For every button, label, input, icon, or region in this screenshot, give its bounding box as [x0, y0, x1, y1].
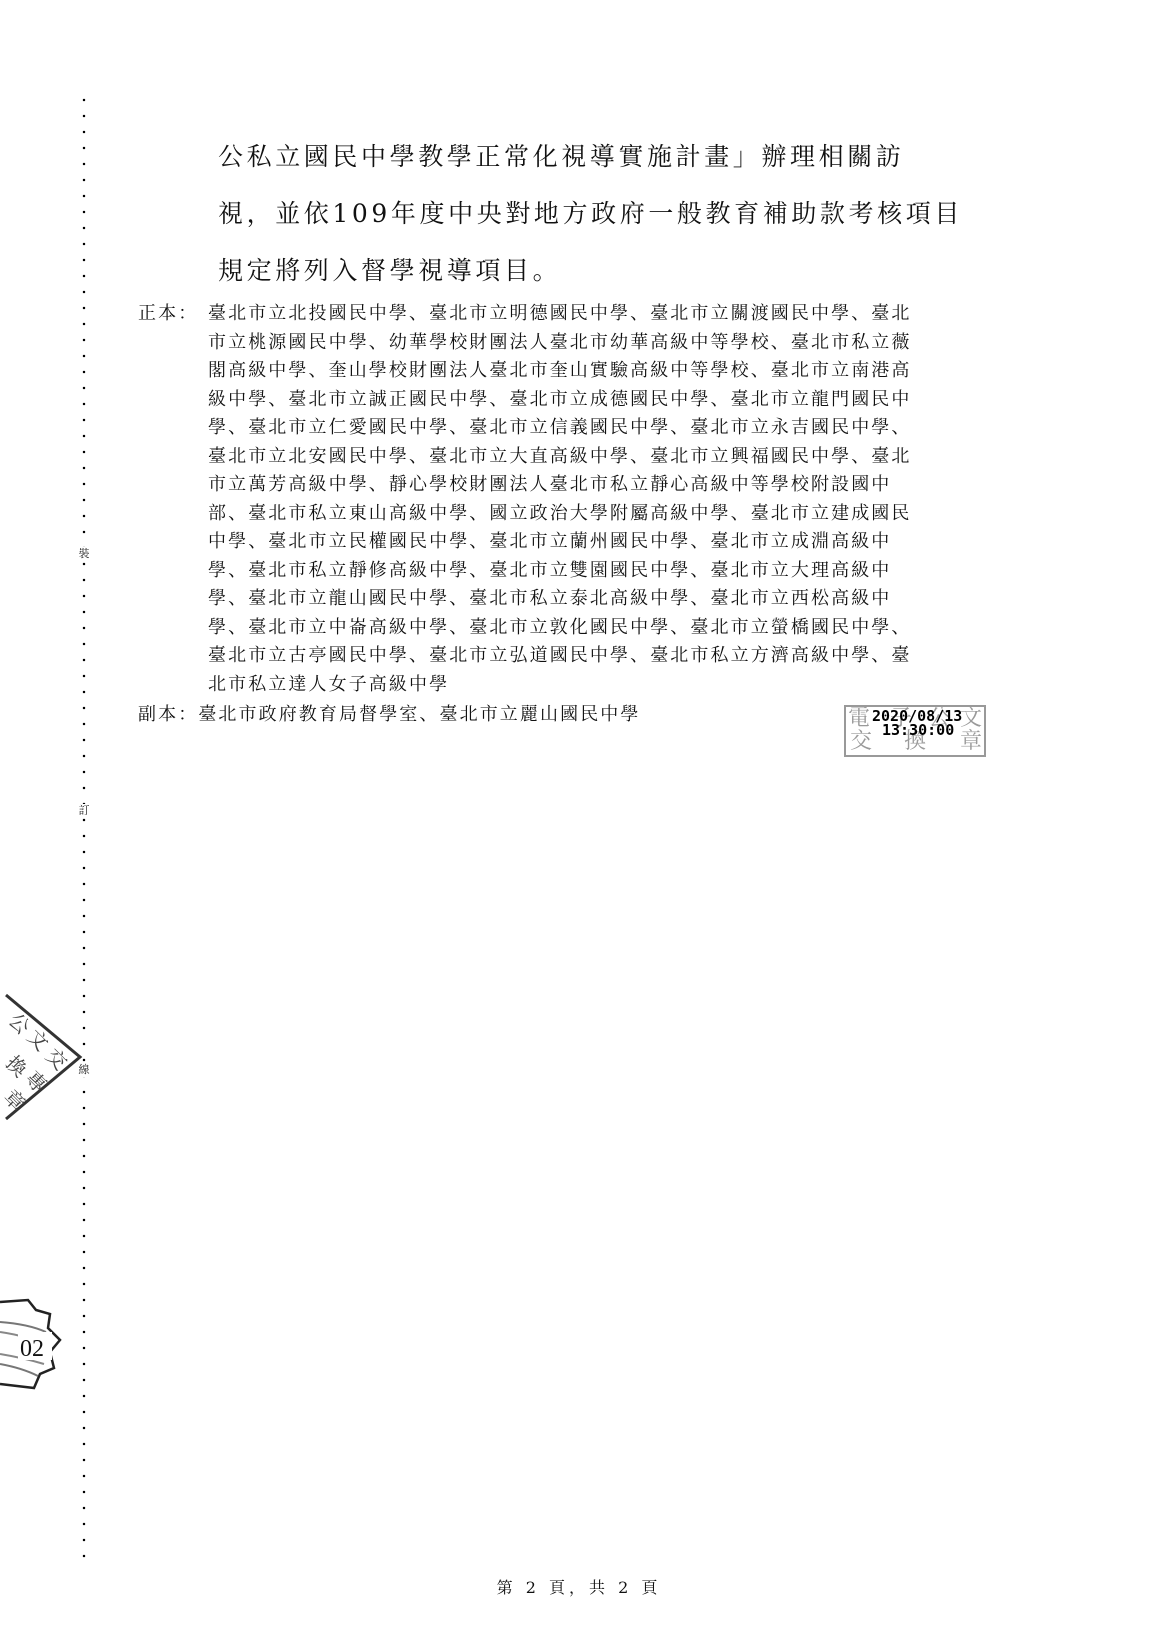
page-footer: 第 2 頁，共 2 頁	[0, 1575, 1158, 1598]
recipient-line: 北市私立達人女子高級中學	[208, 671, 1038, 700]
recipient-line: 中學、臺北市立民權國民中學、臺北市立蘭州國民中學、臺北市立成淵高級中	[208, 528, 1038, 557]
body-line: 規定將列入督學視導項目。	[218, 242, 1008, 299]
primary-recipients-list: 臺北市立北投國民中學、臺北市立明德國民中學、臺北市立關渡國民中學、臺北 市立桃源…	[208, 300, 1038, 699]
primary-recipients-label: 正本：	[138, 300, 198, 329]
body-line: 視，並依109年度中央對地方政府一般教育補助款考核項目	[218, 185, 1008, 242]
document-page: 裝 訂 線 公 文 交 換 專 章 02 公私立國民中學教學正常化視導實施計畫」…	[0, 0, 1158, 1649]
body-line: 公私立國民中學教學正常化視導實施計畫」辦理相關訪	[218, 128, 1008, 185]
body-paragraph: 公私立國民中學教學正常化視導實施計畫」辦理相關訪 視，並依109年度中央對地方政…	[218, 128, 1008, 299]
recipient-line: 學、臺北市立仁愛國民中學、臺北市立信義國民中學、臺北市立永吉國民中學、	[208, 414, 1038, 443]
document-exchange-seal-icon: 公 文 交 換 專 章	[0, 985, 88, 1120]
svg-text:02: 02	[20, 1336, 44, 1362]
recipient-line: 級中學、臺北市立誠正國民中學、臺北市立成德國民中學、臺北市立龍門國民中	[208, 386, 1038, 415]
copy-recipients-list: 臺北市政府教育局督學室、臺北市立麗山國民中學	[198, 704, 640, 725]
stamp-time: 13:30:00	[882, 723, 954, 738]
recipient-line: 學、臺北市立龍山國民中學、臺北市私立泰北高級中學、臺北市立西松高級中	[208, 585, 1038, 614]
binding-mark-ding: 訂	[76, 804, 92, 818]
binding-mark-zhuang: 裝	[76, 547, 92, 561]
binding-dotted-line	[82, 92, 86, 1570]
recipient-line: 臺北市立北安國民中學、臺北市立大直高級中學、臺北市立興福國民中學、臺北	[208, 443, 1038, 472]
recipient-line: 學、臺北市私立靜修高級中學、臺北市立雙園國民中學、臺北市立大理高級中	[208, 557, 1038, 586]
copy-recipients-label: 副本：	[138, 704, 198, 725]
recipient-line: 市立桃源國民中學、幼華學校財團法人臺北市幼華高級中等學校、臺北市私立薇	[208, 329, 1038, 358]
recipient-line: 市立萬芳高級中學、靜心學校財團法人臺北市私立靜心高級中等學校附設國中	[208, 471, 1038, 500]
recipient-line: 臺北市立古亭國民中學、臺北市立弘道國民中學、臺北市私立方濟高級中學、臺	[208, 642, 1038, 671]
copy-recipients: 副本：臺北市政府教育局督學室、臺北市立麗山國民中學 電 子 公 文 交 換 章 …	[138, 701, 1038, 730]
recipient-line: 學、臺北市立中崙高級中學、臺北市立敦化國民中學、臺北市立螢橋國民中學、	[208, 614, 1038, 643]
electronic-exchange-stamp: 電 子 公 文 交 換 章 2020/08/13 13:30:00	[844, 705, 986, 757]
page-number-seal-icon: 02	[0, 1292, 64, 1392]
recipients-section: 正本： 臺北市立北投國民中學、臺北市立明德國民中學、臺北市立關渡國民中學、臺北 …	[138, 300, 1038, 730]
recipient-line: 臺北市立北投國民中學、臺北市立明德國民中學、臺北市立關渡國民中學、臺北	[208, 300, 1038, 329]
recipient-line: 部、臺北市私立東山高級中學、國立政治大學附屬高級中學、臺北市立建成國民	[208, 500, 1038, 529]
primary-recipients: 正本： 臺北市立北投國民中學、臺北市立明德國民中學、臺北市立關渡國民中學、臺北 …	[138, 300, 1038, 699]
recipient-line: 閣高級中學、奎山學校財團法人臺北市奎山實驗高級中等學校、臺北市立南港高	[208, 357, 1038, 386]
